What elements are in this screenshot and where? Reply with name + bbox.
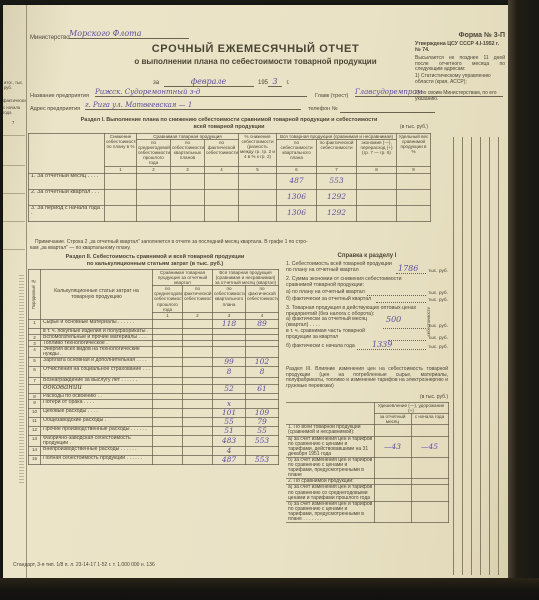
s1-colnum: 2 xyxy=(137,166,171,173)
hand-value: 79 xyxy=(246,417,279,426)
s3-corner-cell xyxy=(286,403,374,425)
year-value: 3 xyxy=(268,77,282,87)
enterprise-label: Название предприятия xyxy=(30,93,89,99)
unit-label: тыс. руб. xyxy=(428,345,448,350)
hand-value: 118 xyxy=(213,319,246,328)
hand-value: 8 xyxy=(246,367,279,378)
underpage-fragment: с начала года xyxy=(3,106,26,116)
hand-value: 553 xyxy=(317,173,357,189)
s1-row-ytd: 3. За период с начала года . . 1306 1292 xyxy=(29,205,431,221)
s2-row-handwritten: доковании5261 xyxy=(29,384,279,393)
s2-row: 10Цеховые расходы . . . .101109 xyxy=(29,408,279,417)
form-number: Форма № 3-П xyxy=(411,32,505,40)
phone-label: телефон № xyxy=(308,106,338,112)
underpage-fragment: фактически xyxy=(3,99,26,104)
month-value: феврале xyxy=(164,77,254,87)
underpage-rule xyxy=(3,135,25,136)
underpage-rule xyxy=(3,193,25,194)
mailing-addr1: 1) Статистическому управлению области (к… xyxy=(415,74,505,85)
section3-table: Удешевление (—), удорожание (+) за отчет… xyxy=(286,402,449,523)
row-label: 3. За период с начала года . . xyxy=(29,205,105,221)
s2-row: 5Зарплата основная и дополнительная . . … xyxy=(29,358,279,367)
row-label: 2. За отчетный квартал . . . xyxy=(29,189,105,205)
item-text: б) фактически за отчетный квартал xyxy=(286,297,374,303)
s1-col-plan: Снижение себестоимости по плану в % xyxy=(105,134,137,167)
section1-title-line1: Раздел I. Выполнение плана по снижению с… xyxy=(30,117,428,123)
hand-value: 1292 xyxy=(317,205,357,221)
hand-value: 89 xyxy=(246,319,279,328)
hand-value: 99 xyxy=(213,358,246,367)
dark-background-right xyxy=(508,0,539,600)
section1-note-line2: кам „за квартал” — по квартальному плану… xyxy=(30,246,420,252)
section2-title-line2: по калькуляционным статьям затрат (в тыс… xyxy=(30,261,280,267)
hand-value: 487 xyxy=(213,455,246,464)
s2-row: 9Потери от брака . . . .х xyxy=(29,399,279,408)
s1-col-pct: % снижения себестоимости (разность между… xyxy=(239,134,277,167)
s2-row: 1Сырье и основные материалы . . . . . .1… xyxy=(29,319,279,328)
hand-value: 109 xyxy=(246,408,279,417)
s1-colnum: 5 xyxy=(239,166,277,173)
hand-value: 483 xyxy=(213,435,246,446)
unit-label: тыс. руб. xyxy=(428,298,448,303)
s1-row-quarter: 2. За отчетный квартал . . . 1306 1292 xyxy=(29,189,431,205)
s2-g2c1: по себестоимости квартального плана xyxy=(213,286,246,312)
hand-value: 500 xyxy=(386,315,401,324)
s2-g1c2: по фактической себестоимости xyxy=(183,286,213,312)
s3-col2: с начала года xyxy=(411,414,448,425)
underpage-rule xyxy=(3,165,25,166)
row-label: 1. За отчетный месяц . . . . xyxy=(29,173,105,189)
s2-row: 4Энергия всех видов на технологические н… xyxy=(29,347,279,358)
s2-g1c1: по среднегодовой себестоимости прошлого … xyxy=(153,286,183,312)
hand-value: —45 xyxy=(411,436,448,457)
za-label: за xyxy=(153,80,159,86)
dark-background-bottom xyxy=(0,578,539,600)
glavk-label: Главк (трест) xyxy=(315,93,348,99)
spravka-block: Справка к разделу I 1. Себестоимость все… xyxy=(286,253,448,350)
spravka-item2a: а) по плану на отчетный квартал тыс. руб… xyxy=(286,289,448,296)
s1-grp-all: Вся товарная продукция (сравнимая и неср… xyxy=(277,134,397,140)
section3-units: (в тыс. руб.) xyxy=(286,395,448,401)
hand-value: 1306 xyxy=(277,205,317,221)
underpage-rule xyxy=(3,249,25,250)
s2-row: 14Внепроизводственные расходы . . . . . … xyxy=(29,446,279,455)
s3-col1: за отчетный месяц xyxy=(374,414,411,425)
s2-row: 13Фабрично-заводская себестоимость проду… xyxy=(29,435,279,446)
section2-table: Порядковый № Калькуляционные статьи затр… xyxy=(28,269,279,465)
period-line: за феврале 1953 г. xyxy=(153,71,373,89)
year-suffix: г. xyxy=(286,80,289,86)
hand-value: 61 xyxy=(246,384,279,393)
phone-blank-line xyxy=(340,106,435,113)
rotated-side-note: себестоимости xyxy=(427,307,432,341)
ministry-value: Морского Флота xyxy=(69,29,189,39)
report-title: СРОЧНЫЙ ЕЖЕМЕСЯЧНЫЙ ОТЧЕТ xyxy=(113,43,398,55)
item-text: б) фактически с начала года xyxy=(286,344,355,350)
rotated-text: себестоимости xyxy=(427,307,432,336)
mailing-addr2: 2) по своим Министерствам, по его указан… xyxy=(415,91,505,102)
hand-value: 51 xyxy=(213,426,246,435)
scanned-form-page: итог., тыс. руб. фактически с начала год… xyxy=(3,5,508,578)
hand-value: 1339 xyxy=(372,340,392,349)
print-imprint: Стандарт, 3-я тип. 1/8 п. л. 23-14-17 1-… xyxy=(13,563,313,569)
s1-colnum: 6 xyxy=(277,166,317,173)
s2-colnum: 1 xyxy=(153,312,183,319)
hand-value: 1306 xyxy=(277,189,317,205)
enterprise-value: Рижск. Судоремонтный з-д xyxy=(95,88,307,97)
hand-value: 55 xyxy=(246,426,279,435)
s3-row: б) за счет изменения цен и тарифов по ср… xyxy=(286,501,448,522)
hand-value: х xyxy=(213,399,246,408)
hand-value: 1292 xyxy=(317,189,357,205)
spravka-item2: 2. Сумма экономии от снижения себестоимо… xyxy=(286,277,416,289)
item-text: в т. ч. сравнимая часть товарной продукц… xyxy=(286,329,386,341)
underpage-fragment: 7 xyxy=(12,121,14,126)
approved-by: Утверждена ЦСУ СССР 4.I-1952 г. № 74. xyxy=(415,42,505,54)
s1-row-month: 1. За отчетный месяц . . . . 487 553 xyxy=(29,173,431,189)
spravka-title: Справка к разделу I xyxy=(286,253,448,260)
s1-col4: по фактической себестоимости xyxy=(205,140,239,166)
hand-value: 101 xyxy=(213,408,246,417)
section1-units: (в тыс. руб.) xyxy=(333,125,428,131)
s2-colnum: 2 xyxy=(183,312,213,319)
hand-value: 553 xyxy=(246,455,279,464)
report-subtitle: о выполнении плана по себестоимости това… xyxy=(113,57,398,66)
s2-colnum: 4 xyxy=(246,312,279,319)
s2-row: 11Общезаводские расходы .5579 xyxy=(29,417,279,426)
rotated-header-text: Порядковый № xyxy=(32,279,37,309)
address-value: г. Рига ул. Матвеевская — 1 xyxy=(85,101,301,110)
mailing-note: Высылается не позднее 11 дней после отче… xyxy=(415,56,505,73)
year-prefix: 195 xyxy=(258,80,268,86)
underpage-rule xyxy=(3,221,25,222)
hand-value: 102 xyxy=(246,358,279,367)
s1-corner-cell xyxy=(29,134,105,174)
s3-grp: Удешевление (—), удорожание (+) xyxy=(374,403,448,414)
blank-ruled-columns xyxy=(453,137,505,575)
s2-labelcol-header: Калькуляционные статьи затрат на товарну… xyxy=(41,270,153,320)
hand-value: 553 xyxy=(246,435,279,446)
s1-colnum: 3 xyxy=(171,166,205,173)
spravka-item2b: б) фактически за отчетный квартал тыс. р… xyxy=(286,296,448,303)
item-text: 1. Себестоимость всей товарной продукции… xyxy=(286,262,394,274)
spravka-item3b: б) фактически с начала года 1339 тыс. ру… xyxy=(286,343,448,350)
s1-col6: по себестоимости квартального плана xyxy=(277,140,317,166)
hand-value: 487 xyxy=(277,173,317,189)
spravka-item3sub: в т. ч. сравнимая часть товарной продукц… xyxy=(286,329,448,341)
s1-col-share: Удельный вес сравнимой продукции в % xyxy=(397,134,431,167)
hand-value: 52 xyxy=(213,384,246,393)
s1-colnum: 9 xyxy=(397,166,431,173)
s1-colnum: 4 xyxy=(205,166,239,173)
s1-col7: по фактической себестоимости xyxy=(317,140,357,166)
s2-g2c2: по фактической себестоимости xyxy=(246,286,279,312)
s1-col3: по себестоимости квартальных планов xyxy=(171,140,205,166)
section1-table: Снижение себестоимости по плану в % Срав… xyxy=(28,133,431,222)
hand-value: —43 xyxy=(374,436,411,457)
section3-title: Раздел III. Влияние изменения цен на себ… xyxy=(286,367,448,389)
s2-numcol-header: Порядковый № xyxy=(29,270,41,320)
s1-col8: экономия (—), перерасход (+) (гр. 7 — гр… xyxy=(357,140,397,166)
hand-value: 4 xyxy=(213,446,246,455)
spravka-item1: 1. Себестоимость всей товарной продукции… xyxy=(286,262,448,274)
s3-row: 1. По всей товарной продукции (сравнимой… xyxy=(286,425,448,436)
address-label: Адрес предприятия xyxy=(30,106,80,112)
s2-row: 12Прочие производственные расходы . . . … xyxy=(29,426,279,435)
s2-grp2: Вся товарная продукция (сравнимая и неср… xyxy=(213,270,279,286)
s1-colnum: 7 xyxy=(317,166,357,173)
ministry-label: Министерство xyxy=(30,35,70,42)
hand-label: доковании xyxy=(41,384,153,393)
s2-colnum: 3 xyxy=(213,312,246,319)
section2-title-line1: Раздел II. Себестоимость сравнимой и все… xyxy=(30,254,280,260)
underpage-fragment: итог., тыс. руб. xyxy=(4,81,26,91)
s3-row: а) за счет изменения цен и тарифов по ср… xyxy=(286,485,448,501)
page-fold-edge xyxy=(26,5,27,578)
rotated-margin-note xyxy=(19,275,24,485)
s3-row: б) за счет изменения цен и тарифов по ср… xyxy=(286,457,448,478)
hand-value: 55 xyxy=(213,417,246,426)
hand-value: 8 xyxy=(213,367,246,378)
s2-grp1: Сравнимая товарная продукция за отчетный… xyxy=(153,270,213,286)
s1-colnum: 8 xyxy=(357,166,397,173)
unit-label: тыс. руб. xyxy=(428,269,448,274)
s2-row: 6Отчисления на социальное страхование . … xyxy=(29,367,279,378)
s1-colnum: 1 xyxy=(105,166,137,173)
s3-row: а) за счет изменения цен и тарифов по ср… xyxy=(286,436,448,457)
s1-col2: по среднегодовой себестоимости прошлого … xyxy=(137,140,171,166)
s2-row: 15Полная себестоимость продукции . . . .… xyxy=(29,455,279,464)
hand-value: 1786 xyxy=(398,264,418,273)
